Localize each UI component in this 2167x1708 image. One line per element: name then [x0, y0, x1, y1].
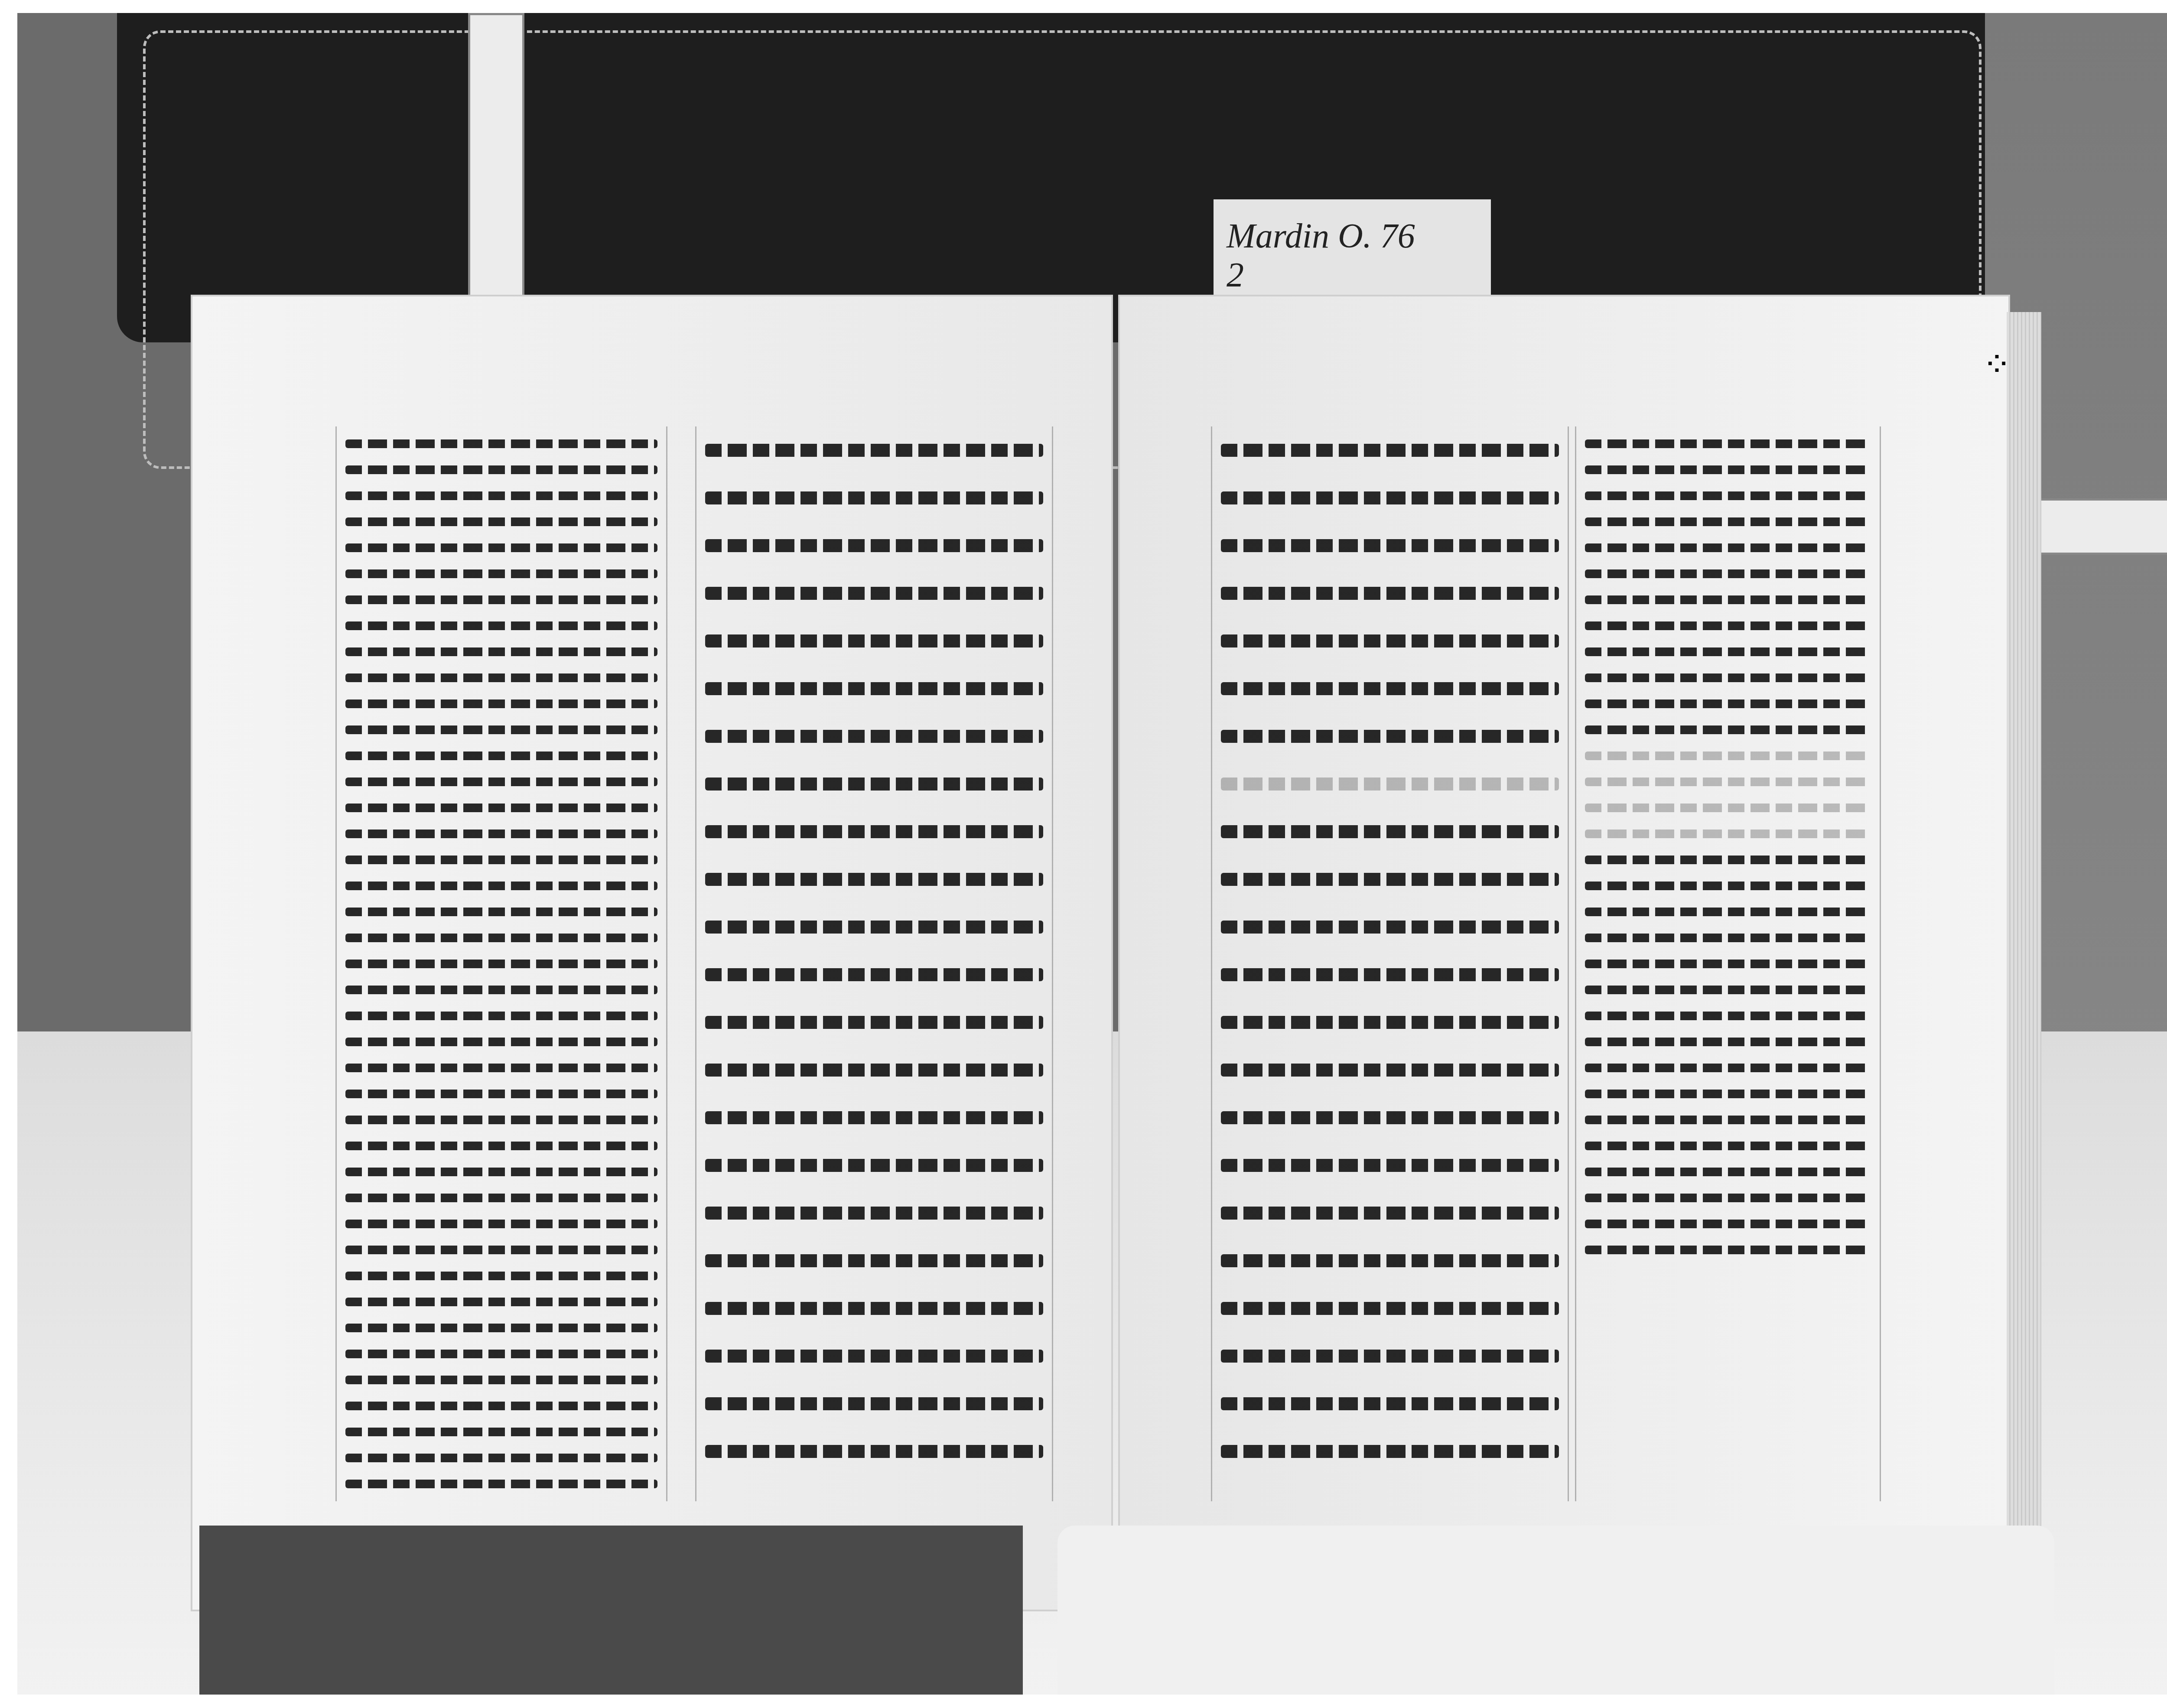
- left-page-column-2: [695, 426, 1053, 1501]
- photo-frame: Mardin O. 76 2: [17, 13, 2167, 1695]
- back-cover-bottom: [1057, 1526, 2054, 1695]
- open-manuscript: ⁘: [191, 295, 2037, 1608]
- shelf-label-line1: Mardin O. 76: [1227, 217, 1415, 256]
- right-page-column-1: [1211, 426, 1569, 1501]
- right-page-column-2: [1575, 426, 1881, 1501]
- right-page: ⁘: [1118, 295, 2010, 1611]
- shelf-label: Mardin O. 76 2: [1214, 199, 1491, 299]
- front-cover-bottom: [199, 1526, 1023, 1695]
- book-case: [117, 13, 2002, 342]
- page-edges: [2007, 312, 2041, 1569]
- left-page: [191, 295, 1113, 1611]
- left-page-column-1: [335, 426, 667, 1501]
- shelf-label-line2: 2: [1227, 256, 1415, 295]
